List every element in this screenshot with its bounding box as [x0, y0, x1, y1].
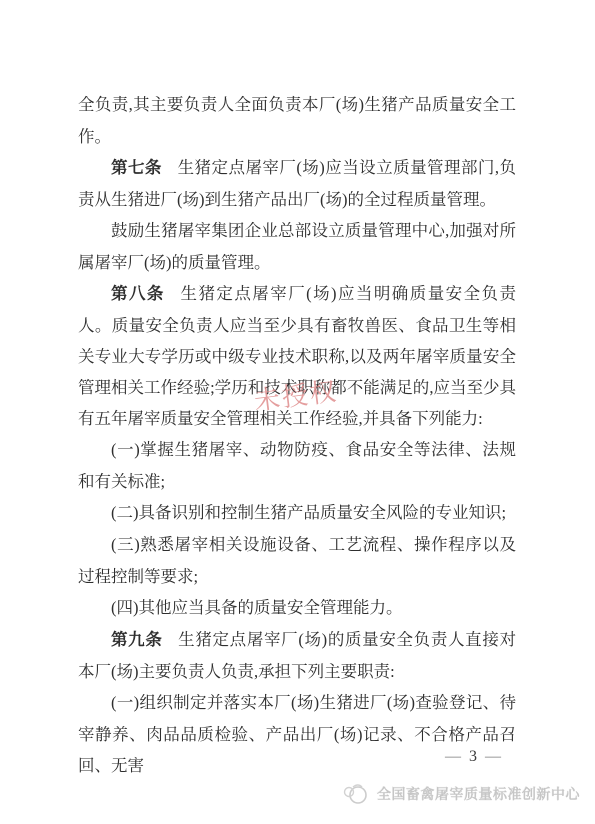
paragraph-item-1: (一)掌握生猪屠宰、动物防疫、食品安全等法律、法规和有关标准; — [78, 434, 516, 497]
paragraph-item-2: (二)具备识别和控制生猪产品质量安全风险的专业知识; — [78, 497, 516, 529]
paragraph-item-1b: (一)组织制定并落实本厂(场)生猪进厂(场)查验登记、待宰静养、肉品品质检验、产… — [78, 687, 516, 781]
paragraph-text: 全负责,其主要负责人全面负责本厂(场)生猪产品质量安全工作。 — [78, 95, 516, 146]
page-number-dash-right: — — [485, 748, 503, 765]
page-number-dash-left: — — [445, 748, 463, 765]
article-term: 第八条 — [111, 285, 165, 303]
paragraph-article-8: 第八条生猪定点屠宰厂(场)应当明确质量安全负责人。质量安全负责人应当至少具有畜牧… — [78, 278, 516, 434]
article-term: 第七条 — [111, 159, 162, 177]
paragraph-text: 生猪定点屠宰厂(场)应当明确质量安全负责人。质量安全负责人应当至少具有畜牧兽医、… — [78, 284, 516, 428]
paragraph-item-4: (四)其他应当具备的质量安全管理能力。 — [78, 592, 516, 624]
org-name: 全国畜禽屠宰质量标准创新中心 — [377, 784, 580, 804]
page-number: — 3 — — [445, 748, 503, 766]
paragraph-text: (四)其他应当具备的质量安全管理能力。 — [111, 598, 403, 617]
paragraph-text: (三)熟悉屠宰相关设施设备、工艺流程、操作程序以及过程控制等要求; — [78, 535, 516, 586]
document-page: 全负责,其主要负责人全面负责本厂(场)生猪产品质量安全工作。 第七条生猪定点屠宰… — [0, 0, 595, 824]
paragraph-text: (二)具备识别和控制生猪产品质量安全风险的专业知识; — [111, 503, 506, 522]
paragraph-item-3: (三)熟悉屠宰相关设施设备、工艺流程、操作程序以及过程控制等要求; — [78, 529, 516, 592]
document-body: 全负责,其主要负责人全面负责本厂(场)生猪产品质量安全工作。 第七条生猪定点屠宰… — [78, 89, 516, 781]
paragraph-text: (一)掌握生猪屠宰、动物防疫、食品安全等法律、法规和有关标准; — [78, 440, 516, 491]
footer-branding: 全国畜禽屠宰质量标准创新中心 — [340, 781, 580, 807]
article-term: 第九条 — [111, 631, 163, 649]
paragraph: 全负责,其主要负责人全面负责本厂(场)生猪产品质量安全工作。 — [78, 89, 516, 152]
paragraph-article-9: 第九条生猪定点屠宰厂(场)的质量安全负责人直接对本厂(场)主要负责人负责,承担下… — [78, 624, 516, 687]
page-number-value: 3 — [469, 748, 479, 765]
org-logo-icon — [340, 781, 372, 807]
paragraph: 鼓励生猪屠宰集团企业总部设立质量管理中心,加强对所属屠宰厂(场)的质量管理。 — [78, 215, 516, 278]
paragraph-text: 鼓励生猪屠宰集团企业总部设立质量管理中心,加强对所属屠宰厂(场)的质量管理。 — [78, 221, 516, 272]
paragraph-article-7: 第七条生猪定点屠宰厂(场)应当设立质量管理部门,负责从生猪进厂(场)到生猪产品出… — [78, 152, 516, 215]
